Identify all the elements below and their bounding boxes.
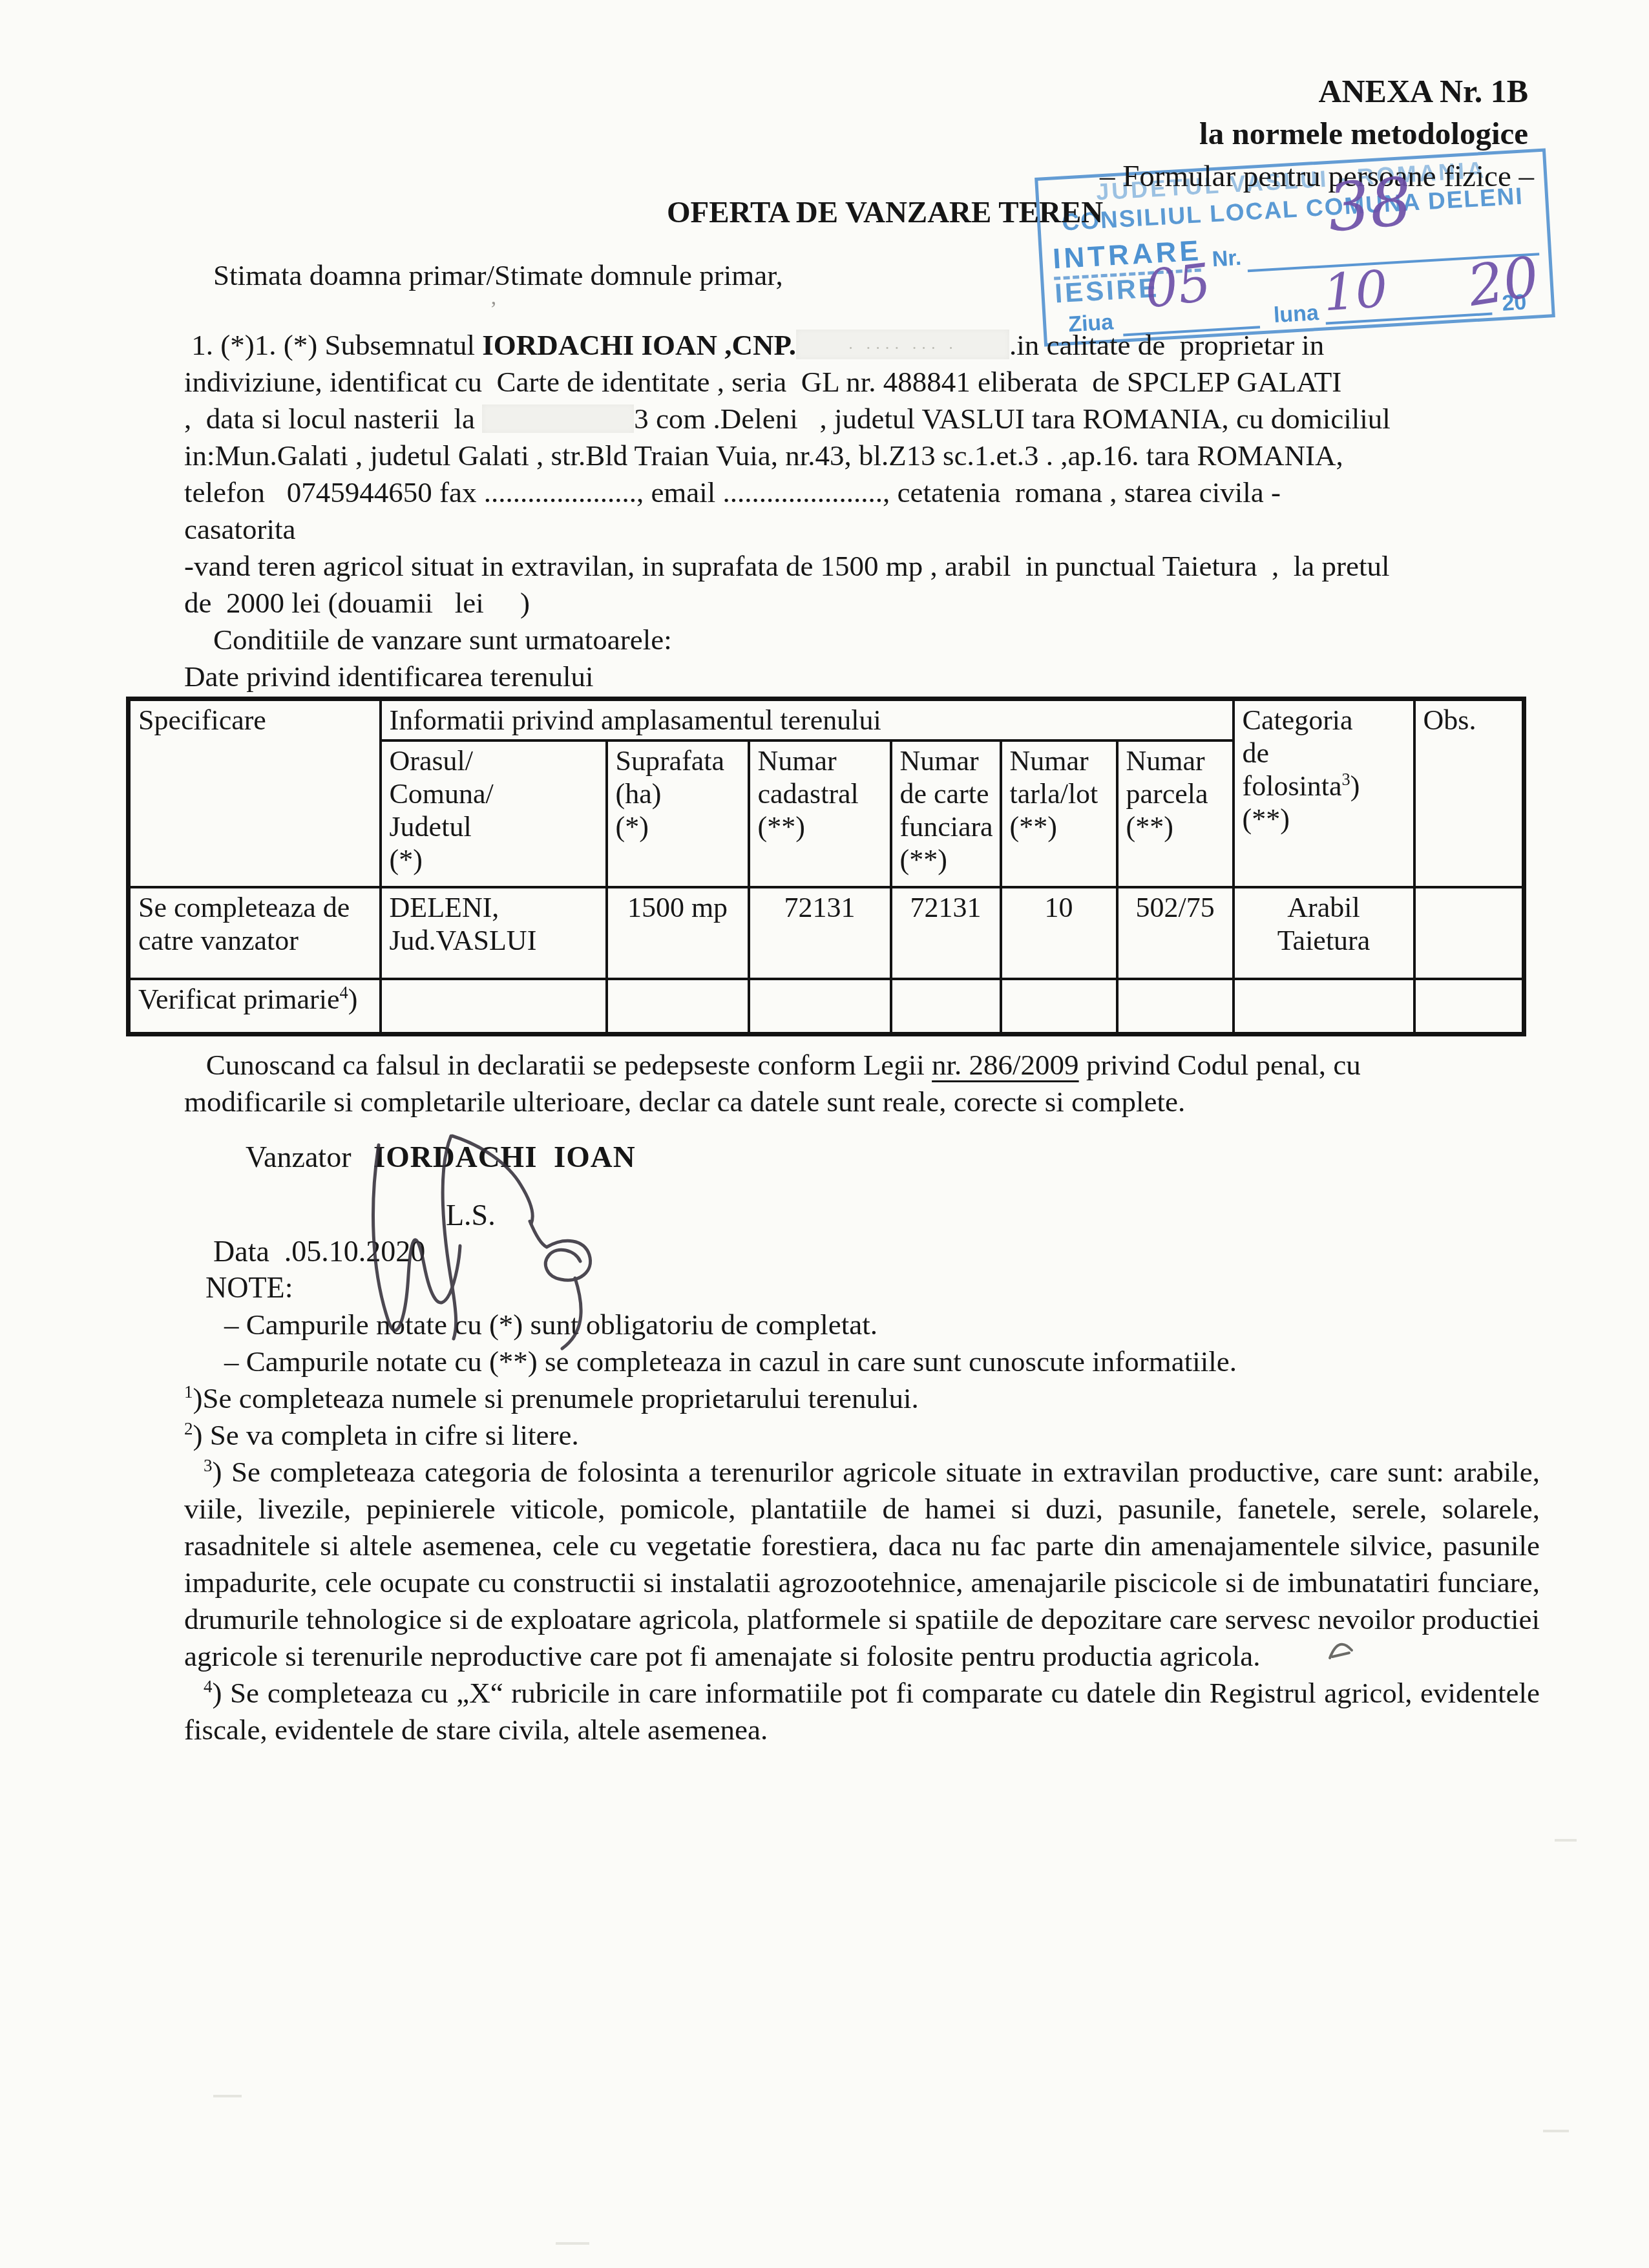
note-4-text: ) Se va completa in cifre si litere. (193, 1419, 579, 1451)
scan-artifact (1555, 1839, 1577, 1842)
row2-label-text: Verificat primarie (138, 983, 340, 1015)
th-parcela-l1: Numar (1126, 745, 1205, 777)
th-obs: Obs. (1414, 699, 1524, 888)
notes-heading: NOTE: (205, 1270, 293, 1305)
th-suprafata-l2: (ha) (616, 778, 662, 810)
intro-line-3-tail: com .Deleni , judetul VASLUI tara ROMANI… (649, 403, 1391, 435)
th-categoria-l2: de (1243, 737, 1270, 769)
note-6-sup: 4 (204, 1677, 213, 1696)
handwritten-year: 20 (1464, 244, 1544, 319)
row1-carte: 72131 (891, 887, 1001, 979)
row2-orasul (381, 979, 607, 1034)
declaration-l1-text: Cunoscand ca falsul in declaratii se ped… (184, 1049, 932, 1081)
th-orasul-l4: (*) (390, 844, 423, 876)
row2-suprafata (607, 979, 749, 1034)
scan-artifact (213, 2095, 242, 2097)
row1-label-l1: Se completeaza de (138, 892, 350, 923)
row2-label-sup: 4 (340, 983, 348, 1002)
document-title: OFERTA DE VANZARE TEREN (667, 195, 1103, 230)
scanned-document-page: JUDETUL VASLUI - ROMANIA CONSILIUL LOCAL… (0, 0, 1649, 2268)
stamp-nr-label: Nr. (1212, 246, 1243, 273)
annex-heading: ANEXA Nr. 1B (1318, 72, 1528, 110)
row1-categoria: Arabil Taietura (1234, 887, 1414, 979)
row1-cadastral: 72131 (749, 887, 891, 979)
intro-paragraph: 1. (*)1. (*) Subsemnatul IORDACHI IOAN ,… (184, 327, 1391, 695)
th-info-amplasament: Informatii privind amplasamentul terenul… (381, 699, 1234, 741)
th-cadastral-l2: cadastral (758, 778, 859, 810)
table-row-seller: Se completeaza de catre vanzator DELENI,… (129, 887, 1524, 979)
land-table-wrapper: Specificare Informatii privind amplasame… (126, 697, 1526, 1036)
row1-orasul-l2: Jud.VASLUI (390, 925, 537, 956)
intro-line-2: indiviziune, identificat cu Carte de ide… (184, 364, 1391, 401)
note-3-text: )Se completeaza numele si prenumele prop… (193, 1382, 919, 1414)
th-categoria-l4: (**) (1243, 803, 1290, 835)
salutation-line: Stimata doamna primar/Stimate domnule pr… (213, 258, 783, 292)
th-carte-l1: Numar (900, 745, 979, 777)
row2-label-paren: ) (348, 983, 358, 1015)
intro-line-5: telefon 0745944650 fax .................… (184, 474, 1391, 511)
th-suprafata: Suprafata (ha) (*) (607, 740, 749, 887)
note-6-text: ) Se completeaza cu „X“ rubricile in car… (184, 1677, 1540, 1746)
conditions-line: Conditiile de vanzare sunt urmatoarele: (184, 622, 1391, 658)
scan-artifact (556, 2242, 589, 2245)
form-type-line: – Formular pentru persoane fizice – (1100, 159, 1534, 194)
th-orasul-l2: Comuna/ (390, 778, 494, 810)
th-categoria-l3: folosinta (1243, 770, 1342, 802)
th-parcela: Numar parcela (**) (1117, 740, 1234, 887)
intro-line-3: , data si locul nasterii la 3 com .Delen… (184, 401, 1391, 437)
th-cadastral: Numar cadastral (**) (749, 740, 891, 887)
th-tarla-l3: (**) (1010, 811, 1057, 843)
declaration-line-2: modificarile si completarile ulterioare,… (184, 1084, 1361, 1120)
notes-section: – Campurile notate cu (*) sunt obligator… (184, 1307, 1540, 1748)
th-categoria-l1: Categoria (1243, 704, 1353, 736)
declaration-paragraph: Cunoscand ca falsul in declaratii se ped… (184, 1047, 1361, 1120)
table-caption: Date privind identificarea terenului (184, 658, 1391, 695)
birthdate-redaction (482, 404, 634, 433)
row1-label: Se completeaza de catre vanzator (129, 887, 381, 979)
intro-line-1-tail: .in calitate de proprietar in (1009, 329, 1324, 361)
row2-obs (1414, 979, 1524, 1034)
note-item-6: 4) Se completeaza cu „X“ rubricile in ca… (184, 1675, 1540, 1748)
intro-line-1: 1. (*)1. (*) Subsemnatul IORDACHI IOAN ,… (184, 327, 1391, 364)
note-item-3: 1)Se completeaza numele si prenumele pro… (184, 1380, 1540, 1417)
row2-categoria (1234, 979, 1414, 1034)
note-3-sup: 1 (184, 1382, 193, 1402)
th-suprafata-l1: Suprafata (616, 745, 725, 777)
th-tarla-l2: tarla/lot (1010, 778, 1098, 810)
land-table: Specificare Informatii privind amplasame… (126, 697, 1526, 1036)
th-carte-l4: (**) (900, 844, 947, 876)
handwritten-day: 05 (1142, 252, 1214, 320)
row1-label-l2: catre vanzator (138, 925, 299, 956)
th-specificare: Specificare (129, 699, 381, 888)
row2-carte (891, 979, 1001, 1034)
row1-tarla: 10 (1001, 887, 1117, 979)
stamp-luna-label: luna (1273, 300, 1319, 328)
intro-line-4: in:Mun.Galati , judetul Galati , str.Bld… (184, 437, 1391, 474)
seller-name-cnp: IORDACHI IOAN ,CNP. (482, 329, 796, 361)
th-carte-l3: funciara (900, 811, 993, 843)
row1-parcela: 502/75 (1117, 887, 1234, 979)
note-4-sup: 2 (184, 1419, 193, 1438)
row2-parcela (1117, 979, 1234, 1034)
th-tarla-l1: Numar (1010, 745, 1089, 777)
cnp-redaction: · ···· ··· · (796, 330, 1009, 359)
th-orasul-l1: Orasul/ (390, 745, 474, 777)
handwritten-month: 10 (1321, 260, 1389, 323)
row1-obs (1414, 887, 1524, 979)
row2-label: Verificat primarie4) (129, 979, 381, 1034)
row1-orasul: DELENI, Jud.VASLUI (381, 887, 607, 979)
th-cadastral-l1: Numar (758, 745, 837, 777)
row2-cadastral (749, 979, 891, 1034)
note-item-4: 2) Se va completa in cifre si litere. (184, 1417, 1540, 1454)
th-categoria-paren: ) (1350, 770, 1360, 802)
note-5-sup: 3 (204, 1456, 213, 1475)
row1-orasul-l1: DELENI, (390, 892, 499, 923)
th-suprafata-l3: (*) (616, 811, 649, 843)
intro-line-7: -vand teren agricol situat in extravilan… (184, 548, 1391, 585)
scan-artifact (1543, 2130, 1569, 2132)
th-tarla: Numar tarla/lot (**) (1001, 740, 1117, 887)
declaration-l1-tail: privind Codul penal, cu (1079, 1049, 1361, 1081)
declaration-line-1: Cunoscand ca falsul in declaratii se ped… (184, 1047, 1361, 1084)
handwritten-registration-number: 38 (1325, 163, 1415, 247)
intro-line-1-text: 1. (*)1. (*) Subsemnatul (184, 329, 482, 361)
th-orasul: Orasul/ Comuna/ Judetul (*) (381, 740, 607, 887)
norme-heading: la normele metodologice (1199, 115, 1528, 152)
scan-artifact: ’ (490, 297, 497, 322)
table-row-verificat: Verificat primarie4) (129, 979, 1524, 1034)
th-carte-funciara: Numar de carte funciara (**) (891, 740, 1001, 887)
row1-categoria-l2: Taietura (1277, 925, 1371, 956)
th-parcela-l2: parcela (1126, 778, 1208, 810)
note-5-text: ) Se completeaza categoria de folosinta … (184, 1456, 1540, 1672)
row1-categoria-l1: Arabil (1287, 892, 1360, 923)
row2-tarla (1001, 979, 1117, 1034)
note-item-5: 3) Se completeaza categoria de folosinta… (184, 1454, 1540, 1675)
th-categoria-sup: 3 (1342, 770, 1350, 789)
birthdate-remnant: 3 (634, 403, 649, 435)
th-cadastral-l3: (**) (758, 811, 805, 843)
th-categoria: Categoria de folosinta3) (**) (1234, 699, 1414, 888)
th-orasul-l3: Judetul (390, 811, 472, 843)
law-reference: nr. 286/2009 (932, 1049, 1079, 1081)
th-parcela-l3: (**) (1126, 811, 1173, 843)
row1-suprafata: 1500 mp (607, 887, 749, 979)
intro-line-3-text: , data si locul nasterii la (184, 403, 482, 435)
intro-line-8: de 2000 lei (douamii lei ) (184, 585, 1391, 622)
intro-line-6: casatorita (184, 511, 1391, 548)
signature-ink (354, 1126, 658, 1358)
th-carte-l2: de carte (900, 778, 989, 810)
